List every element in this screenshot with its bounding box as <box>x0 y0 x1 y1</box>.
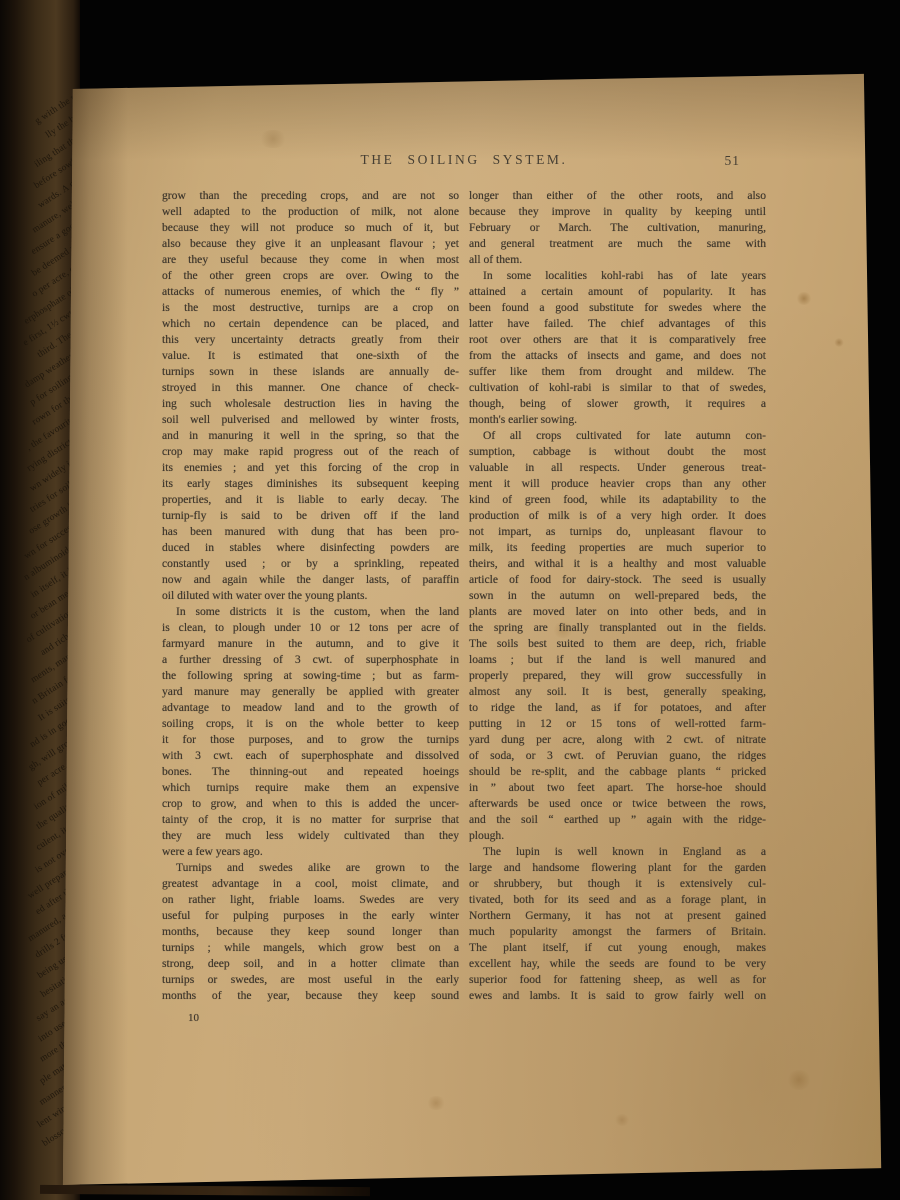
text-line: In some districts it is the custom, when… <box>162 604 459 620</box>
text-line: month's earlier sowing. <box>469 412 766 428</box>
text-line: The lupin is well known in England as a <box>469 844 766 860</box>
text-line: The plant itself, if cut young enough, m… <box>469 940 766 956</box>
text-line: bones. The thinning-out and repeated hoe… <box>162 764 459 780</box>
text-line: milk, its feeding properties are much su… <box>469 540 766 556</box>
text-line: Northern Germany, it has not at present … <box>469 908 766 924</box>
text-line: article of food for dairy-stock. The see… <box>469 572 766 588</box>
text-line: superior food for fattening sheep, as we… <box>469 972 766 988</box>
paragraph: longer than either of the other roots, a… <box>469 188 766 268</box>
text-line: much popularity amongst the farmers of B… <box>469 924 766 940</box>
text-line: has been manured with dung that has been… <box>162 524 459 540</box>
foxing-spot <box>796 292 812 305</box>
text-line: attacks of numerous enemies, of which th… <box>162 284 459 300</box>
text-line: and the soil “ earthed up ” again with t… <box>469 812 766 828</box>
text-line: not impart, as turnips do, unpleasant fl… <box>469 524 766 540</box>
text-line: plough. <box>469 828 766 844</box>
text-line: sumption, cabbage is without doubt the m… <box>469 444 766 460</box>
text-line: tainty of the crop, it is no matter for … <box>162 812 459 828</box>
text-line: cultivation of kohl-rabi is similar to t… <box>469 380 766 396</box>
text-line: The soils best suited to them are deep, … <box>469 636 766 652</box>
text-line: soiling crops, it is on the whole better… <box>162 716 459 732</box>
text-line: afterwards be used once or twice between… <box>469 796 766 812</box>
text-line: its enemies ; and yet this forcing of th… <box>162 460 459 476</box>
text-line: loams ; but if the land is well manured … <box>469 652 766 668</box>
paragraph: The lupin is well known in England as al… <box>469 844 766 1004</box>
text-line: value. It is estimated that one-sixth of… <box>162 348 459 364</box>
text-line: valuable in all respects. Under generous… <box>469 460 766 476</box>
paragraph: In some localities kohl-rabi has of late… <box>469 268 766 428</box>
text-column-right: longer than either of the other roots, a… <box>469 188 766 1026</box>
foxing-spot <box>786 1070 812 1090</box>
text-line: suffer like them from drought and mildew… <box>469 364 766 380</box>
text-columns: grow than the preceding crops, and are n… <box>162 188 766 1026</box>
foxing-spot <box>834 338 844 347</box>
text-line: turnip-fly is said to be driven off if t… <box>162 508 459 524</box>
text-line: crop may make rapid progress out of the … <box>162 444 459 460</box>
text-line: duced in stables where disinfecting powd… <box>162 540 459 556</box>
text-line: and general treatment are much the same … <box>469 236 766 252</box>
paragraph: Turnips and swedes alike are grown to th… <box>162 860 459 1004</box>
paragraph: Of all crops cultivated for late autumn … <box>469 428 766 844</box>
text-line: advantage to meadow land and to the grow… <box>162 700 459 716</box>
text-line: farmyard manure in the autumn, and to gi… <box>162 636 459 652</box>
text-column-left: grow than the preceding crops, and are n… <box>162 188 459 1026</box>
text-line: the spring are finally transplanted out … <box>469 620 766 636</box>
text-line: kind of green food, while its adaptabili… <box>469 492 766 508</box>
text-line: stroyed in this manner. One chance of ch… <box>162 380 459 396</box>
text-line: constantly used ; or by a sprinkling, re… <box>162 556 459 572</box>
header-title: THE SOILING SYSTEM. <box>162 152 766 168</box>
book-board-sliver <box>40 1185 370 1196</box>
text-line: almost any soil. It is best, generally s… <box>469 684 766 700</box>
text-line: Turnips and swedes alike are grown to th… <box>162 860 459 876</box>
text-line: properly prepared, they will grow succes… <box>469 668 766 684</box>
foxing-spot <box>614 1114 630 1126</box>
text-line: attained a certain amount of popularity.… <box>469 284 766 300</box>
text-line: in ” about two feet apart. The horse-hoe… <box>469 780 766 796</box>
text-line: yard manure may generally be applied wit… <box>162 684 459 700</box>
text-line: are they useful because they come in whe… <box>162 252 459 268</box>
book-page: THE SOILING SYSTEM. 51 grow than the pre… <box>58 70 882 1186</box>
text-line: on rather light, friable loams. Swedes a… <box>162 892 459 908</box>
text-line: months of the year, because they keep so… <box>162 988 459 1004</box>
text-line: theirs, and withal it is a healthy and m… <box>469 556 766 572</box>
printed-content: THE SOILING SYSTEM. 51 grow than the pre… <box>162 152 766 1026</box>
text-line: turnips or swedes, are most useful in th… <box>162 972 459 988</box>
text-line: greatest advantage in a cool, moist clim… <box>162 876 459 892</box>
text-line: yard dung per acre, along with 2 cwt. of… <box>469 732 766 748</box>
text-line: ment it will produce heavier crops than … <box>469 476 766 492</box>
text-line: its early stages diminishes its subseque… <box>162 476 459 492</box>
text-line: though, being of slower growth, it requi… <box>469 396 766 412</box>
text-line: longer than either of the other roots, a… <box>469 188 766 204</box>
foxing-spot <box>258 130 288 148</box>
text-line: of soda, or 3 cwt. of Peruvian guano, th… <box>469 748 766 764</box>
text-line: soil well pulverised and mellowed by win… <box>162 412 459 428</box>
text-line: months, because they keep sound longer t… <box>162 924 459 940</box>
text-line: large and handsome flowering plant for t… <box>469 860 766 876</box>
text-line: to ridge the land, as if for potatoes, a… <box>469 700 766 716</box>
foxing-spot <box>426 1096 446 1110</box>
text-line: of the other green crops are over. Owing… <box>162 268 459 284</box>
text-line: latter have failed. The chief advantages… <box>469 316 766 332</box>
text-line: which turnips require make them an expen… <box>162 780 459 796</box>
text-line: now and again while the danger lasts, of… <box>162 572 459 588</box>
text-line: a further dressing of 3 cwt. of superpho… <box>162 652 459 668</box>
paragraph: In some districts it is the custom, when… <box>162 604 459 860</box>
text-line: should be re-split, and the cabbage plan… <box>469 764 766 780</box>
text-line: the following spring at sowing-time ; bu… <box>162 668 459 684</box>
text-line: excellent hay, while the seeds are found… <box>469 956 766 972</box>
text-line: with 3 cwt. each of superphosphate and d… <box>162 748 459 764</box>
text-line: they are much less widely cultivated tha… <box>162 828 459 844</box>
text-line: because they improve in quality by keepi… <box>469 204 766 220</box>
text-line: plants are moved later on into other bed… <box>469 604 766 620</box>
text-line: sown in the autumn on well-prepared beds… <box>469 588 766 604</box>
text-line: production of milk is of a very high ord… <box>469 508 766 524</box>
text-line: strong, deep soil, and in a hotter clima… <box>162 956 459 972</box>
text-line: useful for pulping purposes in the early… <box>162 908 459 924</box>
text-line: In some localities kohl-rabi has of late… <box>469 268 766 284</box>
text-line: because they will not produce so much of… <box>162 220 459 236</box>
text-line: or shrubbery, but though it is extensive… <box>469 876 766 892</box>
text-line: well adapted to the production of milk, … <box>162 204 459 220</box>
text-line: turnips sown in these islands are annual… <box>162 364 459 380</box>
text-line: Of all crops cultivated for late autumn … <box>469 428 766 444</box>
text-line: were a few years ago. <box>162 844 459 860</box>
text-line: ing such wholesale destruction lies in h… <box>162 396 459 412</box>
text-line: is the most destructive, turnips are a c… <box>162 300 459 316</box>
text-line: properties, and it is liable to early de… <box>162 492 459 508</box>
text-line: grow than the preceding crops, and are n… <box>162 188 459 204</box>
text-line: been found a good substitute for swedes … <box>469 300 766 316</box>
text-line: and in manuring it well in the spring, s… <box>162 428 459 444</box>
text-line: this very uncertainty detracts greatly f… <box>162 332 459 348</box>
text-line: crop to grow, and when to this is added … <box>162 796 459 812</box>
text-line: from the attacks of insects and game, an… <box>469 348 766 364</box>
text-line: February or March. The cultivation, manu… <box>469 220 766 236</box>
text-line: is clean, to plough under 10 or 12 tons … <box>162 620 459 636</box>
page-top-shade <box>58 70 882 160</box>
running-header: THE SOILING SYSTEM. 51 <box>162 152 766 178</box>
text-line: also because they give it an unpleasant … <box>162 236 459 252</box>
text-line: ewes and lambs. It is said to grow fairl… <box>469 988 766 1004</box>
text-line: it for those purposes, and to grow the t… <box>162 732 459 748</box>
text-line: putting in 12 or 15 tons of well-rotted … <box>469 716 766 732</box>
paragraph: grow than the preceding crops, and are n… <box>162 188 459 604</box>
page-number: 51 <box>725 153 741 169</box>
text-line: turnips ; while mangels, which grow best… <box>162 940 459 956</box>
signature-mark: 10 <box>162 1010 459 1026</box>
text-line: oil diluted with water over the young pl… <box>162 588 459 604</box>
text-line: root over others are that it is comparat… <box>469 332 766 348</box>
text-line: all of them. <box>469 252 766 268</box>
text-line: which no certain dependence can be place… <box>162 316 459 332</box>
text-line: tivated, both for its seed and as a fora… <box>469 892 766 908</box>
